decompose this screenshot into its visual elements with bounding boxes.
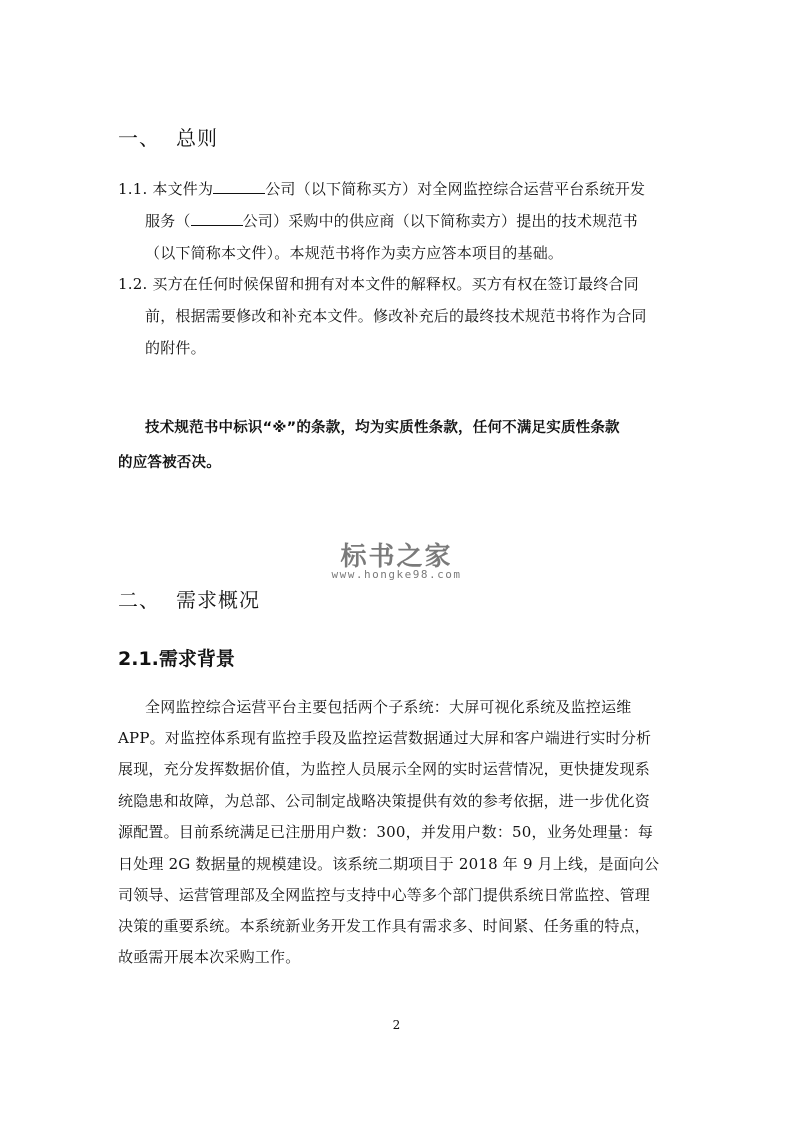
- blank-field: [213, 179, 265, 194]
- watermark-url: www.hongke98.com: [0, 568, 793, 581]
- body-line: APP。对监控体系现有监控手段及监控运营数据通过大屏和客户端进行实时分析: [118, 727, 651, 748]
- body-line: 日处理 2G 数据量的规模建设。该系统二期项目于 2018 年 9 月上线，是面…: [118, 853, 659, 874]
- clause-1-2-line-1: 1.2. 买方在任何时候保留和拥有对本文件的解释权。买方有权在签订最终合同: [118, 273, 639, 294]
- section-1-heading: 一、总则: [118, 122, 218, 151]
- clause-1-1-line-3: （以下简称本文件）。本规范书将作为卖方应答本项目的基础。: [145, 242, 563, 263]
- body-line: 源配置。目前系统满足已注册用户数：300，并发用户数：50，业务处理量：每: [118, 821, 653, 842]
- clause-1-2-line-2: 前，根据需要修改和补充本文件。修改补充后的最终技术规范书将作为合同: [145, 305, 647, 326]
- section-1-number: 一、: [118, 122, 176, 151]
- clause-text: 公司）采购中的供应商（以下简称卖方）提出的技术规范书: [243, 212, 638, 230]
- body-line: 决策的重要系统。本系统新业务开发工作具有需求多、时间紧、任务重的特点，: [118, 915, 650, 936]
- clause-text: 服务（: [145, 212, 191, 230]
- section-1-title: 总则: [176, 126, 218, 150]
- clause-1-1-line-1: 1.1. 本文件为公司（以下简称买方）对全网监控综合运营平台系统开发: [118, 178, 645, 199]
- clause-text: 买方在任何时候保留和拥有对本文件的解释权。买方有权在签订最终合同: [152, 275, 638, 293]
- notice-line-2: 的应答被否决。: [118, 451, 221, 472]
- body-line: 司领导、运营管理部及全网监控与支持中心等多个部门提供系统日常监控、管理: [118, 884, 650, 905]
- body-line: 全网监控综合运营平台主要包括两个子系统：大屏可视化系统及监控运维: [145, 696, 631, 717]
- body-line: 统隐患和故障，为总部、公司制定战略决策提供有效的参考依据，进一步优化资: [118, 790, 650, 811]
- section-2-title: 需求概况: [176, 588, 260, 612]
- clause-text: 本文件为: [152, 180, 213, 198]
- section-2-number: 二、: [118, 584, 176, 613]
- notice-line-1: 技术规范书中标识“※”的条款，均为实质性条款，任何不满足实质性条款: [145, 416, 620, 437]
- clause-1-2-line-3: 的附件。: [145, 337, 206, 358]
- body-line: 展现，充分发挥数据价值，为监控人员展示全网的实时运营情况，更快捷发现系: [118, 758, 650, 779]
- clause-label: 1.2.: [118, 275, 147, 293]
- body-line: 故亟需开展本次采购工作。: [118, 946, 300, 967]
- clause-text: 公司（以下简称买方）对全网监控综合运营平台系统开发: [265, 180, 645, 198]
- clause-label: 1.1.: [118, 180, 147, 198]
- subsection-2-1-title: 2.1.需求背景: [118, 644, 235, 671]
- page-number: 2: [0, 1018, 793, 1032]
- section-2-heading: 二、需求概况: [118, 584, 260, 613]
- blank-field: [191, 211, 243, 226]
- clause-1-1-line-2: 服务（公司）采购中的供应商（以下简称卖方）提出的技术规范书: [145, 210, 638, 231]
